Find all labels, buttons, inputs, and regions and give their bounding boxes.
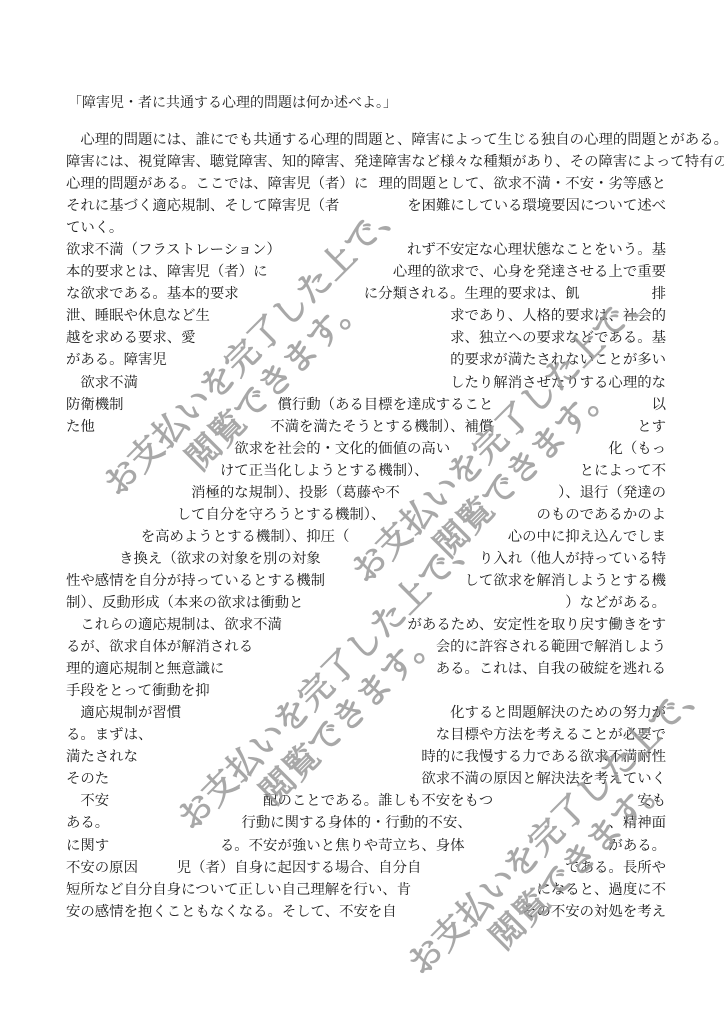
text-line: 心理的問題がある。ここでは、障害児（者）に理的問題として、欲求不満・不安・劣等感… xyxy=(66,173,666,195)
text-line-right: を困難にしている環境要因について述べ xyxy=(407,195,666,217)
text-line-left: た他 xyxy=(66,416,95,438)
text-line: これらの適応規制は、欲求不満があるため、安定性を取り戻す働きをす xyxy=(66,614,666,636)
text-line-left: 防衛機制 xyxy=(66,394,124,416)
text-line-right: になると、過度に不 xyxy=(536,879,666,901)
text-line-right: 求であり、人格的要求は、社会的 xyxy=(450,305,666,327)
text-line-right: して自分を守ろうとする機制）、 のものであるかのよ xyxy=(177,504,666,526)
text-line: 短所など自分自身について正しい自己理解を行い、肯になると、過度に不 xyxy=(66,879,666,901)
text-line-left: がある。障害児 xyxy=(66,349,167,371)
text-line-left: 泄、睡眠や休息など生 xyxy=(66,305,210,327)
text-line-left: ある。 xyxy=(66,812,109,834)
text-line: ある。行動に関する身体的・行動的不安、 、精神面 xyxy=(66,812,666,834)
text-line: に関する。不安が強いと焦りや苛立ち、身体 がある。 xyxy=(66,835,666,857)
text-line: そのた欲求不満の原因と解決法を考えていく xyxy=(66,768,666,790)
text-line-right: な目標や方法を考えることが必要で xyxy=(436,724,666,746)
text-line: 不安配のことである。誰しも不安をもつ 安も xyxy=(66,790,666,812)
text-line-left: それに基づく適応規制、そして障害児（者 xyxy=(66,195,339,217)
text-line-left: そのた xyxy=(66,768,109,790)
text-line-left: 本的要求とは、障害児（者）に xyxy=(66,261,267,283)
text-line-right: けて正当化しようとする機制）、 とによって不 xyxy=(220,460,666,482)
text-line-left: 性や感情を自分が持っているとする機制 xyxy=(66,570,325,592)
text-line-right: 求、独立への要求などである。基 xyxy=(450,327,666,349)
text-line-right: き換え（欲求の対象を別の対象 り入れ（他人が持っている特 xyxy=(119,548,666,570)
text-line: けて正当化しようとする機制）、 とによって不 xyxy=(66,460,666,482)
text-line-right: 欲求不満の原因と解決法を考えていく xyxy=(421,768,666,790)
text-line-right: 不満を満たそうとする機制）、補償 とす xyxy=(270,416,666,438)
text-line: 泄、睡眠や休息など生求であり、人格的要求は、社会的 xyxy=(66,305,666,327)
text-line-left: る。まずは、 xyxy=(66,724,152,746)
text-line-left: 越を求める要求、愛 xyxy=(66,327,196,349)
text-line-right: 化すると問題解決のための努力が xyxy=(450,702,666,724)
text-line-right: その不安の対処を考え xyxy=(522,901,666,923)
text-line: を高めようとする機制）、抑圧（ 心の中に抑え込んでしま xyxy=(66,526,666,548)
text-line-left: ていく。 xyxy=(66,217,123,239)
text-line-right: 児（者）自身に起因する場合、自分自 である。長所や xyxy=(177,857,666,879)
text-line-left: な欲求である。基本的要求 xyxy=(66,283,239,305)
text-line-left: に関す xyxy=(66,835,109,857)
text-line-right: 配のことである。誰しも不安をもつ 安も xyxy=(263,790,666,812)
text-line: 適応規制が習慣化すると問題解決のための努力が xyxy=(66,702,666,724)
text-line-right: 時的に我慢する力である欲求不満耐性 xyxy=(421,746,666,768)
text-line: それに基づく適応規制、そして障害児（者を困難にしている環境要因について述べ xyxy=(66,195,666,217)
text-line-left: 欲求不満（フラストレーション） xyxy=(66,239,281,261)
text-line: 手段をとって衝動を抑 xyxy=(66,680,666,702)
text-line-left: これらの適応規制は、欲求不満 xyxy=(66,614,282,636)
text-line: 防衛機制償行動（ある目標を達成すること 以 xyxy=(66,394,666,416)
text-line: 心理的問題には、誰にでも共通する心理的問題と、障害によって生じる独自の心理的問題… xyxy=(66,129,666,151)
document-page: 「障害児・者に共通する心理的問題は何か述べよ。」 心理的問題には、誰にでも共通す… xyxy=(0,0,724,1024)
text-line: して自分を守ろうとする機制）、 のものであるかのよ xyxy=(66,504,666,526)
document-body: 心理的問題には、誰にでも共通する心理的問題と、障害によって生じる独自の心理的問題… xyxy=(66,129,666,923)
text-line: 制）、反動形成（本来の欲求は衝動と）などがある。 xyxy=(66,592,666,614)
text-line-right: 消極的な規制）、投影（葛藤や不 ）、退行（発達の xyxy=(191,482,666,504)
text-line: 理的適応規制と無意識にある。これは、自我の破綻を逃れる xyxy=(66,658,666,680)
text-line-right: 会的に許容される範囲で解消しよう xyxy=(436,636,666,658)
text-line: 欲求を社会的・文化的価値の高い 化（もっ xyxy=(66,438,666,460)
text-line-right: 的要求が満たされないことが多い xyxy=(450,349,666,371)
text-line: るが、欲求自体が解消される会的に許容される範囲で解消しよう xyxy=(66,636,666,658)
text-line-left: 不安の原因 xyxy=(66,857,138,879)
text-line: 欲求不満（フラストレーション）れず不安定な心理状態なことをいう。基 xyxy=(66,239,666,261)
text-line-left: 短所など自分自身について正しい自己理解を行い、肯 xyxy=(66,879,411,901)
text-line: き換え（欲求の対象を別の対象 り入れ（他人が持っている特 xyxy=(66,548,666,570)
text-line-left: るが、欲求自体が解消される xyxy=(66,636,253,658)
text-line: 越を求める要求、愛求、独立への要求などである。基 xyxy=(66,327,666,349)
text-line-left: 欲求不満 xyxy=(66,372,138,394)
document-title: 「障害児・者に共通する心理的問題は何か述べよ。」 xyxy=(68,92,397,112)
text-line: な欲求である。基本的要求に分類される。生理的要求は、飢 排 xyxy=(66,283,666,305)
text-line: 安の感情を抱くこともなくなる。そして、不安を自その不安の対処を考え xyxy=(66,901,666,923)
text-line: 欲求不満したり解消させたりする心理的な xyxy=(66,372,666,394)
text-line-right: 行動に関する身体的・行動的不安、 、精神面 xyxy=(241,812,666,834)
text-line-left: 満たされな xyxy=(66,746,138,768)
text-line-left: 心理的問題には、誰にでも共通する心理的問題と、障害によって生じる独自の心理的問題… xyxy=(66,129,724,151)
text-line-right: る。不安が強いと焦りや苛立ち、身体 がある。 xyxy=(220,835,666,857)
text-line-right: ある。これは、自我の破綻を逃れる xyxy=(436,658,666,680)
text-line-left: 理的適応規制と無意識に xyxy=(66,658,224,680)
text-line-left: 不安 xyxy=(66,790,109,812)
text-line: 不安の原因児（者）自身に起因する場合、自分自 である。長所や xyxy=(66,857,666,879)
text-line: 障害には、視覚障害、聴覚障害、知的障害、発達障害など様々な種類があり、その障害に… xyxy=(66,151,666,173)
text-line-right: 心理的欲求で、心身を発達させる上で重要 xyxy=(393,261,666,283)
text-line: 満たされな時的に我慢する力である欲求不満耐性 xyxy=(66,746,666,768)
text-line: た他不満を満たそうとする機制）、補償 とす xyxy=(66,416,666,438)
text-line-left: 心理的問題がある。ここでは、障害児（者）に xyxy=(66,173,368,195)
text-line: ていく。 xyxy=(66,217,666,239)
text-line-left: 障害には、視覚障害、聴覚障害、知的障害、発達障害など様々な種類があり、その障害に… xyxy=(66,151,724,173)
text-line-right: に分類される。生理的要求は、飢 排 xyxy=(364,283,666,305)
text-line: 消極的な規制）、投影（葛藤や不 ）、退行（発達の xyxy=(66,482,666,504)
text-line: る。まずは、な目標や方法を考えることが必要で xyxy=(66,724,666,746)
text-line-right: して欲求を解消しようとする機 xyxy=(465,570,666,592)
text-line-left: 制）、反動形成（本来の欲求は衝動と xyxy=(66,592,303,614)
text-line: がある。障害児的要求が満たされないことが多い xyxy=(66,349,666,371)
text-line-right: れず不安定な心理状態なことをいう。基 xyxy=(407,239,666,261)
text-line-right: を高めようとする機制）、抑圧（ 心の中に抑え込んでしま xyxy=(141,526,666,548)
text-line-right: 償行動（ある目標を達成すること 以 xyxy=(277,394,666,416)
text-line-right: したり解消させたりする心理的な xyxy=(450,372,666,394)
text-line: 本的要求とは、障害児（者）に心理的欲求で、心身を発達させる上で重要 xyxy=(66,261,666,283)
text-line-right: ）などがある。 xyxy=(565,592,666,614)
text-line-left: 手段をとって衝動を抑 xyxy=(66,680,210,702)
text-line-left: 適応規制が習慣 xyxy=(66,702,181,724)
text-line-right: 理的問題として、欲求不満・不安・劣等感と xyxy=(378,173,666,195)
text-line-right: 欲求を社会的・文化的価値の高い 化（もっ xyxy=(234,438,666,460)
text-line-left: 安の感情を抱くこともなくなる。そして、不安を自 xyxy=(66,901,397,923)
text-line: 性や感情を自分が持っているとする機制して欲求を解消しようとする機 xyxy=(66,570,666,592)
text-line-right: があるため、安定性を取り戻す働きをす xyxy=(408,614,666,636)
